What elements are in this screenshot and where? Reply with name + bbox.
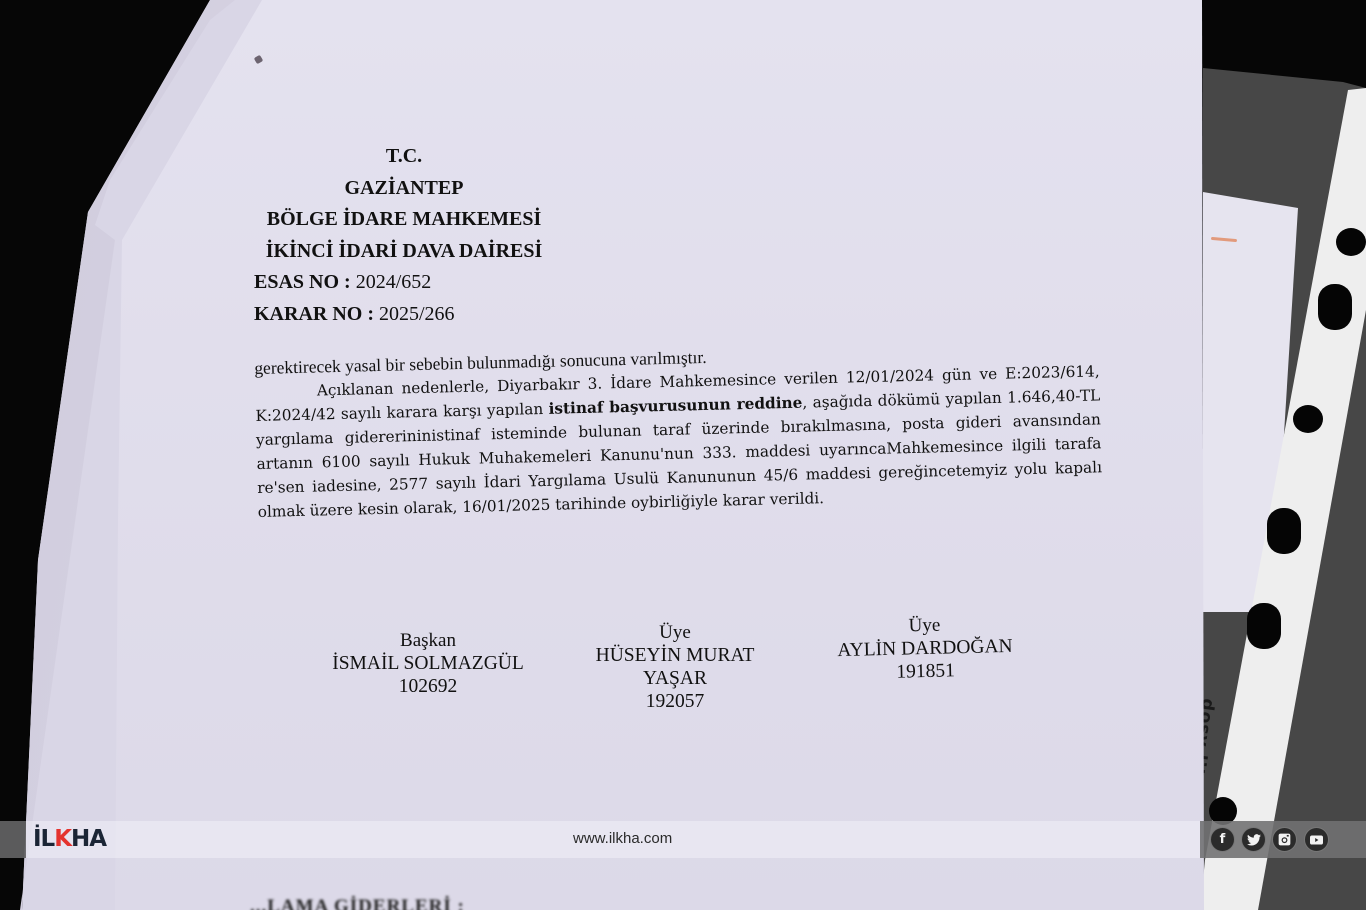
- esas-label: ESAS NO :: [254, 271, 351, 293]
- punch-hole: [1318, 284, 1352, 330]
- esas-no: ESAS NO : 2024/652: [254, 267, 554, 299]
- punch-hole: [1267, 508, 1301, 554]
- instagram-icon[interactable]: [1272, 827, 1297, 852]
- signature-name-2: YAŞAR: [575, 667, 775, 690]
- header-tc: T.C.: [254, 141, 554, 173]
- punch-hole: [1293, 405, 1323, 433]
- header-chamber: İKİNCİ İDARİ DAVA DAİRESİ: [254, 236, 554, 268]
- karar-value: 2025/266: [379, 303, 455, 325]
- site-url-link[interactable]: www.ilkha.com: [573, 830, 672, 847]
- logo-part-2: HA: [71, 826, 106, 852]
- logo-part-accent: K: [54, 826, 71, 852]
- signature-name: İSMAİL SOLMAZGÜL: [318, 652, 538, 675]
- signature-role: Üye: [575, 621, 775, 644]
- instagram-glyph: [1278, 833, 1291, 846]
- facebook-icon[interactable]: f: [1210, 827, 1235, 852]
- twitter-bird-glyph: [1247, 834, 1261, 846]
- youtube-glyph: [1310, 835, 1323, 845]
- document-header: T.C. GAZİANTEP BÖLGE İDARE MAHKEMESİ İKİ…: [254, 141, 554, 330]
- karar-label: KARAR NO :: [254, 303, 374, 325]
- bottom-section-heading: ...LAMA GİDERLERİ :: [250, 896, 465, 910]
- signature-name: HÜSEYİN MURAT: [575, 644, 775, 667]
- header-city: GAZİANTEP: [254, 173, 554, 205]
- youtube-icon[interactable]: [1304, 827, 1329, 852]
- signature-role: Başkan: [318, 629, 538, 652]
- twitter-icon[interactable]: [1241, 827, 1266, 852]
- esas-value: 2024/652: [356, 271, 432, 293]
- body-paragraph: Açıklanan nedenlerle, Diyarbakır 3. İdar…: [255, 359, 1103, 524]
- signature-member-1: Üye HÜSEYİN MURAT YAŞAR 192057: [575, 621, 775, 713]
- signature-member-2: Üye AYLİN DARDOĞAN 191851: [814, 611, 1036, 685]
- ilkha-logo[interactable]: İLKHA: [33, 827, 106, 851]
- header-court: BÖLGE İDARE MAHKEMESİ: [254, 204, 554, 236]
- punch-hole: [1247, 603, 1281, 649]
- punch-hole: [1336, 228, 1366, 256]
- body-text-bold: istinaf başvurusunun reddine: [548, 394, 802, 418]
- signature-number: 192057: [575, 690, 775, 713]
- watermark-bar-edge: [0, 821, 26, 858]
- watermark-bar: [0, 821, 1366, 858]
- document-body: gerektirecek yasal bir sebebin bulunmadı…: [254, 335, 1103, 524]
- signature-president: Başkan İSMAİL SOLMAZGÜL 102692: [318, 629, 538, 698]
- logo-part-1: İL: [33, 826, 54, 852]
- signature-number: 102692: [318, 675, 538, 698]
- karar-no: KARAR NO : 2025/266: [254, 299, 554, 331]
